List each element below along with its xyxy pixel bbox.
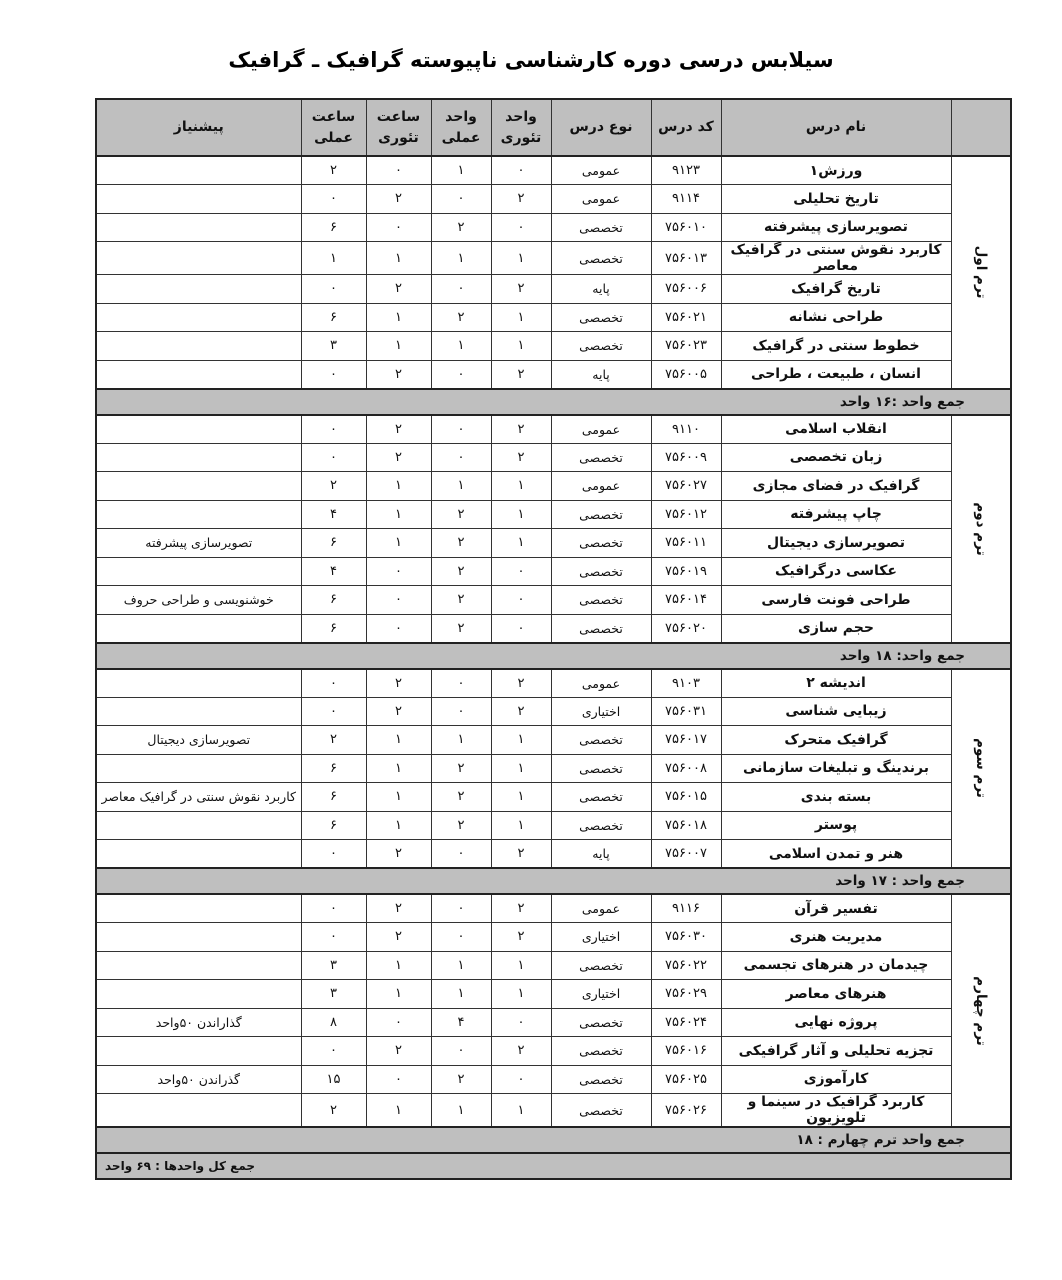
course-type: اختیاری [551,980,651,1009]
theory-hours: ۱ [366,529,431,558]
prerequisite [96,472,301,501]
term-total-row: جمع واحد :۱۶ واحد [96,389,1011,415]
practical-units: ۰ [431,360,491,389]
theory-hours: ۱ [366,472,431,501]
theory-units: ۱ [491,472,551,501]
course-name: تصویرسازی پیشرفته [721,213,951,242]
theory-hours: ۰ [366,213,431,242]
practical-hours: ۶ [301,783,366,812]
theory-units: ۱ [491,332,551,361]
practical-units: ۰ [431,669,491,698]
course-row: تاریخ تحلیلی ۹۱۱۴ عمومی ۲ ۰ ۲ ۰ [96,185,1011,214]
practical-units: ۲ [431,1065,491,1094]
theory-hours: ۲ [366,923,431,952]
course-name: برندینگ و تبلیغات سازمانی [721,754,951,783]
practical-hours: ۴ [301,557,366,586]
theory-hours: ۱ [366,303,431,332]
term-label: ترم سوم [973,738,989,798]
course-type: اختیاری [551,697,651,726]
practical-units: ۰ [431,275,491,304]
theory-hours: ۱ [366,500,431,529]
course-code: ۷۵۶۰۱۱ [651,529,721,558]
header-practical-hours: ساعت عملی [301,99,366,156]
course-row: بسته بندی ۷۵۶۰۱۵ تخصصی ۱ ۲ ۱ ۶ کاربرد نق… [96,783,1011,812]
practical-units: ۰ [431,697,491,726]
theory-hours: ۱ [366,783,431,812]
course-code: ۷۵۶۰۳۱ [651,697,721,726]
header-theory-units: واحد تئوری [491,99,551,156]
course-name: چاپ پیشرفته [721,500,951,529]
course-name: مدیریت هنری [721,923,951,952]
theory-units: ۲ [491,275,551,304]
prerequisite [96,443,301,472]
practical-units: ۰ [431,185,491,214]
theory-hours: ۲ [366,443,431,472]
course-row: هنر و تمدن اسلامی ۷۵۶۰۰۷ پایه ۲ ۰ ۲ ۰ [96,840,1011,869]
theory-units: ۲ [491,669,551,698]
prerequisite: گذاراندن ۵۰واحد [96,1008,301,1037]
course-type: عمومی [551,415,651,444]
term-label: ترم دوم [973,502,989,555]
course-name: پوستر [721,811,951,840]
course-type: پایه [551,275,651,304]
course-row: تجزیه تحلیلی و آثار گرافیکی ۷۵۶۰۱۶ تخصصی… [96,1037,1011,1066]
course-code: ۷۵۶۰۱۶ [651,1037,721,1066]
practical-units: ۰ [431,923,491,952]
prerequisite [96,275,301,304]
course-code: ۹۱۲۳ [651,156,721,185]
term-total-row: جمع واحد : ۱۷ واحد [96,868,1011,894]
theory-units: ۰ [491,557,551,586]
theory-hours: ۱ [366,754,431,783]
course-code: ۷۵۶۰۲۳ [651,332,721,361]
practical-hours: ۲ [301,156,366,185]
theory-hours: ۲ [366,669,431,698]
course-code: ۷۵۶۰۰۶ [651,275,721,304]
course-name: زبان تخصصی [721,443,951,472]
practical-units: ۱ [431,726,491,755]
course-type: تخصصی [551,1008,651,1037]
header-term-corner [951,99,1011,156]
prerequisite: تصویرسازی پیشرفته [96,529,301,558]
course-row: پروژه نهایی ۷۵۶۰۲۴ تخصصی ۰ ۴ ۰ ۸ گذاراند… [96,1008,1011,1037]
practical-hours: ۲ [301,1094,366,1128]
grand-total-row: جمع کل واحدها : ۶۹ واحد [96,1153,1011,1179]
course-row: حجم سازی ۷۵۶۰۲۰ تخصصی ۰ ۲ ۰ ۶ [96,614,1011,643]
theory-units: ۰ [491,213,551,242]
practical-hours: ۳ [301,332,366,361]
practical-units: ۰ [431,443,491,472]
theory-units: ۲ [491,1037,551,1066]
prerequisite [96,303,301,332]
course-name: گرافیک در فضای مجازی [721,472,951,501]
course-row: عکاسی درگرافیک ۷۵۶۰۱۹ تخصصی ۰ ۲ ۰ ۴ [96,557,1011,586]
theory-units: ۰ [491,586,551,615]
course-type: پایه [551,840,651,869]
course-name: اندیشه ۲ [721,669,951,698]
course-name: ورزش۱ [721,156,951,185]
theory-hours: ۰ [366,614,431,643]
course-type: تخصصی [551,1094,651,1128]
theory-units: ۰ [491,614,551,643]
theory-hours: ۱ [366,726,431,755]
practical-units: ۲ [431,783,491,812]
theory-hours: ۱ [366,332,431,361]
course-code: ۷۵۶۰۱۸ [651,811,721,840]
course-type: عمومی [551,156,651,185]
practical-hours: ۰ [301,185,366,214]
prerequisite [96,242,301,275]
course-row: انسان ، طبیعت ، طراحی ۷۵۶۰۰۵ پایه ۲ ۰ ۲ … [96,360,1011,389]
course-name: طراحی نشانه [721,303,951,332]
prerequisite [96,332,301,361]
course-name: تفسیر قرآن [721,894,951,923]
course-type: عمومی [551,185,651,214]
theory-units: ۱ [491,529,551,558]
course-code: ۷۵۶۰۲۲ [651,951,721,980]
course-row: طراحی نشانه ۷۵۶۰۲۱ تخصصی ۱ ۲ ۱ ۶ [96,303,1011,332]
practical-units: ۱ [431,1094,491,1128]
course-name: تجزیه تحلیلی و آثار گرافیکی [721,1037,951,1066]
practical-hours: ۰ [301,415,366,444]
course-name: هنر و تمدن اسلامی [721,840,951,869]
course-row: خطوط سنتی در گرافیک ۷۵۶۰۲۳ تخصصی ۱ ۱ ۱ ۳ [96,332,1011,361]
prerequisite: تصویرسازی دیجیتال [96,726,301,755]
course-type: عمومی [551,894,651,923]
practical-units: ۴ [431,1008,491,1037]
course-code: ۷۵۶۰۱۵ [651,783,721,812]
course-type: تخصصی [551,951,651,980]
header-theory-hours: ساعت تئوری [366,99,431,156]
course-name: حجم سازی [721,614,951,643]
course-code: ۷۵۶۰۲۵ [651,1065,721,1094]
practical-units: ۲ [431,303,491,332]
prerequisite: گذراندن ۵۰واحد [96,1065,301,1094]
practical-units: ۲ [431,614,491,643]
practical-hours: ۶ [301,529,366,558]
theory-units: ۱ [491,242,551,275]
practical-hours: ۶ [301,303,366,332]
course-name: تصویرسازی دیجیتال [721,529,951,558]
course-row: تاریخ گرافیک ۷۵۶۰۰۶ پایه ۲ ۰ ۲ ۰ [96,275,1011,304]
course-type: تخصصی [551,443,651,472]
course-name: کاربرد گرافیک در سینما و تلویزیون [721,1094,951,1128]
course-code: ۹۱۱۰ [651,415,721,444]
course-row: زیبایی شناسی ۷۵۶۰۳۱ اختیاری ۲ ۰ ۲ ۰ [96,697,1011,726]
prerequisite [96,754,301,783]
theory-hours: ۱ [366,242,431,275]
course-type: تخصصی [551,213,651,242]
course-code: ۷۵۶۰۳۰ [651,923,721,952]
course-name: گرافیک متحرک [721,726,951,755]
course-code: ۷۵۶۰۲۷ [651,472,721,501]
course-code: ۷۵۶۰۱۴ [651,586,721,615]
theory-hours: ۲ [366,840,431,869]
practical-hours: ۶ [301,586,366,615]
theory-units: ۱ [491,754,551,783]
practical-units: ۱ [431,951,491,980]
course-name: کاربرد نقوش سنتی در گرافیک معاصر [721,242,951,275]
practical-units: ۰ [431,1037,491,1066]
course-name: عکاسی درگرافیک [721,557,951,586]
term-label-cell: ترم چهارم [951,894,1011,1127]
practical-hours: ۰ [301,923,366,952]
course-row: تصویرسازی پیشرفته ۷۵۶۰۱۰ تخصصی ۰ ۲ ۰ ۶ [96,213,1011,242]
theory-hours: ۱ [366,951,431,980]
course-code: ۷۵۶۰۰۸ [651,754,721,783]
term-total-row: جمع واحد: ۱۸ واحد [96,643,1011,669]
header-course-code: کد درس [651,99,721,156]
prerequisite [96,360,301,389]
practical-hours: ۸ [301,1008,366,1037]
practical-hours: ۶ [301,614,366,643]
practical-units: ۲ [431,213,491,242]
practical-hours: ۳ [301,980,366,1009]
theory-hours: ۰ [366,586,431,615]
course-type: تخصصی [551,586,651,615]
practical-units: ۲ [431,586,491,615]
theory-units: ۱ [491,980,551,1009]
practical-hours: ۶ [301,811,366,840]
theory-units: ۱ [491,1094,551,1128]
theory-units: ۰ [491,1008,551,1037]
practical-hours: ۶ [301,754,366,783]
practical-hours: ۰ [301,697,366,726]
term-label: ترم چهارم [973,976,989,1045]
course-code: ۷۵۶۰۲۱ [651,303,721,332]
course-name: زیبایی شناسی [721,697,951,726]
course-row: ترم اول ورزش۱ ۹۱۲۳ عمومی ۰ ۱ ۰ ۲ [96,156,1011,185]
practical-units: ۰ [431,415,491,444]
term-total-label: جمع واحد : ۱۷ واحد [96,868,1011,894]
prerequisite: کاربرد نقوش سنتی در گرافیک معاصر [96,783,301,812]
term-label-cell: ترم دوم [951,415,1011,643]
practical-hours: ۳ [301,951,366,980]
prerequisite [96,614,301,643]
theory-units: ۱ [491,726,551,755]
practical-hours: ۱ [301,242,366,275]
theory-hours: ۲ [366,275,431,304]
theory-units: ۱ [491,500,551,529]
course-type: تخصصی [551,1037,651,1066]
course-name: تاریخ تحلیلی [721,185,951,214]
prerequisite [96,156,301,185]
header-row: نام درس کد درس نوع درس واحد تئوری واحد ع… [96,99,1011,156]
course-type: عمومی [551,669,651,698]
syllabus-table: نام درس کد درس نوع درس واحد تئوری واحد ع… [95,98,1012,1180]
theory-units: ۲ [491,360,551,389]
practical-hours: ۰ [301,840,366,869]
practical-units: ۰ [431,894,491,923]
header-course-type: نوع درس [551,99,651,156]
course-name: بسته بندی [721,783,951,812]
practical-hours: ۰ [301,275,366,304]
practical-hours: ۴ [301,500,366,529]
theory-units: ۱ [491,951,551,980]
course-code: ۹۱۱۴ [651,185,721,214]
course-type: عمومی [551,472,651,501]
prerequisite [96,415,301,444]
theory-units: ۲ [491,697,551,726]
course-name: انقلاب اسلامی [721,415,951,444]
course-type: تخصصی [551,529,651,558]
practical-hours: ۱۵ [301,1065,366,1094]
course-row: زبان تخصصی ۷۵۶۰۰۹ تخصصی ۲ ۰ ۲ ۰ [96,443,1011,472]
prerequisite [96,951,301,980]
page-title: سیلابس درسی دوره کارشناسی ناپیوسته گرافی… [0,48,1062,72]
course-type: پایه [551,360,651,389]
prerequisite [96,213,301,242]
practical-units: ۱ [431,242,491,275]
practical-hours: ۰ [301,443,366,472]
course-name: هنرهای معاصر [721,980,951,1009]
grand-total-label: جمع کل واحدها : ۶۹ واحد [96,1153,1011,1179]
course-row: کارآموزی ۷۵۶۰۲۵ تخصصی ۰ ۲ ۰ ۱۵ گذراندن ۵… [96,1065,1011,1094]
prerequisite [96,894,301,923]
practical-hours: ۲ [301,726,366,755]
prerequisite [96,1037,301,1066]
practical-hours: ۶ [301,213,366,242]
course-row: پوستر ۷۵۶۰۱۸ تخصصی ۱ ۲ ۱ ۶ [96,811,1011,840]
course-type: تخصصی [551,783,651,812]
course-row: ترم چهارم تفسیر قرآن ۹۱۱۶ عمومی ۲ ۰ ۲ ۰ [96,894,1011,923]
course-code: ۷۵۶۰۲۰ [651,614,721,643]
course-row: طراحی فونت فارسی ۷۵۶۰۱۴ تخصصی ۰ ۲ ۰ ۶ خو… [96,586,1011,615]
theory-units: ۲ [491,443,551,472]
term-total-label: جمع واحد ترم چهارم : ۱۸ [96,1127,1011,1153]
theory-units: ۲ [491,894,551,923]
course-row: چاپ پیشرفته ۷۵۶۰۱۲ تخصصی ۱ ۲ ۱ ۴ [96,500,1011,529]
course-type: تخصصی [551,726,651,755]
prerequisite [96,185,301,214]
course-type: تخصصی [551,754,651,783]
theory-hours: ۲ [366,415,431,444]
course-type: تخصصی [551,500,651,529]
term-total-label: جمع واحد :۱۶ واحد [96,389,1011,415]
course-type: اختیاری [551,923,651,952]
theory-hours: ۲ [366,185,431,214]
course-code: ۹۱۰۳ [651,669,721,698]
course-row: تصویرسازی دیجیتال ۷۵۶۰۱۱ تخصصی ۱ ۲ ۱ ۶ ت… [96,529,1011,558]
theory-units: ۰ [491,156,551,185]
course-code: ۹۱۱۶ [651,894,721,923]
course-name: چیدمان در هنرهای تجسمی [721,951,951,980]
theory-hours: ۲ [366,360,431,389]
course-row: ترم سوم اندیشه ۲ ۹۱۰۳ عمومی ۲ ۰ ۲ ۰ [96,669,1011,698]
practical-units: ۲ [431,754,491,783]
term-label-cell: ترم اول [951,156,1011,389]
term-label: ترم اول [973,246,989,299]
course-type: تخصصی [551,614,651,643]
course-code: ۷۵۶۰۰۵ [651,360,721,389]
course-name: طراحی فونت فارسی [721,586,951,615]
course-code: ۷۵۶۰۲۶ [651,1094,721,1128]
course-code: ۷۵۶۰۰۹ [651,443,721,472]
theory-hours: ۲ [366,894,431,923]
theory-hours: ۲ [366,1037,431,1066]
practical-hours: ۰ [301,669,366,698]
practical-units: ۲ [431,811,491,840]
course-name: تاریخ گرافیک [721,275,951,304]
course-code: ۷۵۶۰۲۹ [651,980,721,1009]
course-row: هنرهای معاصر ۷۵۶۰۲۹ اختیاری ۱ ۱ ۱ ۳ [96,980,1011,1009]
course-type: تخصصی [551,557,651,586]
course-code: ۷۵۶۰۱۹ [651,557,721,586]
theory-hours: ۱ [366,811,431,840]
course-row: کاربرد نقوش سنتی در گرافیک معاصر ۷۵۶۰۱۳ … [96,242,1011,275]
theory-units: ۲ [491,923,551,952]
table-body: ترم اول ورزش۱ ۹۱۲۳ عمومی ۰ ۱ ۰ ۲ تاریخ ت… [96,156,1011,1179]
course-row: کاربرد گرافیک در سینما و تلویزیون ۷۵۶۰۲۶… [96,1094,1011,1128]
theory-units: ۱ [491,783,551,812]
prerequisite: خوشنویسی و طراحی حروف [96,586,301,615]
course-row: ترم دوم انقلاب اسلامی ۹۱۱۰ عمومی ۲ ۰ ۲ ۰ [96,415,1011,444]
practical-units: ۰ [431,840,491,869]
course-code: ۷۵۶۰۱۷ [651,726,721,755]
course-name: پروژه نهایی [721,1008,951,1037]
theory-units: ۱ [491,303,551,332]
course-row: گرافیک متحرک ۷۵۶۰۱۷ تخصصی ۱ ۱ ۱ ۲ تصویرس… [96,726,1011,755]
course-code: ۷۵۶۰۲۴ [651,1008,721,1037]
practical-units: ۲ [431,500,491,529]
course-row: مدیریت هنری ۷۵۶۰۳۰ اختیاری ۲ ۰ ۲ ۰ [96,923,1011,952]
theory-hours: ۱ [366,980,431,1009]
practical-hours: ۰ [301,1037,366,1066]
practical-hours: ۰ [301,894,366,923]
course-type: تخصصی [551,332,651,361]
term-total-row: جمع واحد ترم چهارم : ۱۸ [96,1127,1011,1153]
prerequisite [96,811,301,840]
course-code: ۷۵۶۰۱۲ [651,500,721,529]
course-code: ۷۵۶۰۱۰ [651,213,721,242]
term-label-cell: ترم سوم [951,669,1011,869]
theory-hours: ۰ [366,557,431,586]
course-name: کارآموزی [721,1065,951,1094]
prerequisite [96,669,301,698]
practical-units: ۱ [431,332,491,361]
theory-units: ۲ [491,415,551,444]
course-code: ۷۵۶۰۱۳ [651,242,721,275]
prerequisite [96,697,301,726]
prerequisite [96,500,301,529]
course-code: ۷۵۶۰۰۷ [651,840,721,869]
practical-hours: ۲ [301,472,366,501]
course-type: تخصصی [551,811,651,840]
course-type: تخصصی [551,242,651,275]
theory-hours: ۰ [366,1008,431,1037]
header-practical-units: واحد عملی [431,99,491,156]
header-prerequisite: پیشنیاز [96,99,301,156]
theory-hours: ۱ [366,1094,431,1128]
theory-units: ۲ [491,185,551,214]
theory-units: ۲ [491,840,551,869]
practical-units: ۱ [431,980,491,1009]
practical-hours: ۰ [301,360,366,389]
prerequisite [96,557,301,586]
theory-hours: ۰ [366,156,431,185]
course-row: گرافیک در فضای مجازی ۷۵۶۰۲۷ عمومی ۱ ۱ ۱ … [96,472,1011,501]
table-header: نام درس کد درس نوع درس واحد تئوری واحد ع… [96,99,1011,156]
theory-units: ۱ [491,811,551,840]
course-type: تخصصی [551,1065,651,1094]
course-row: چیدمان در هنرهای تجسمی ۷۵۶۰۲۲ تخصصی ۱ ۱ … [96,951,1011,980]
practical-units: ۲ [431,529,491,558]
course-name: خطوط سنتی در گرافیک [721,332,951,361]
practical-units: ۱ [431,156,491,185]
course-row: برندینگ و تبلیغات سازمانی ۷۵۶۰۰۸ تخصصی ۱… [96,754,1011,783]
prerequisite [96,840,301,869]
header-course-name: نام درس [721,99,951,156]
